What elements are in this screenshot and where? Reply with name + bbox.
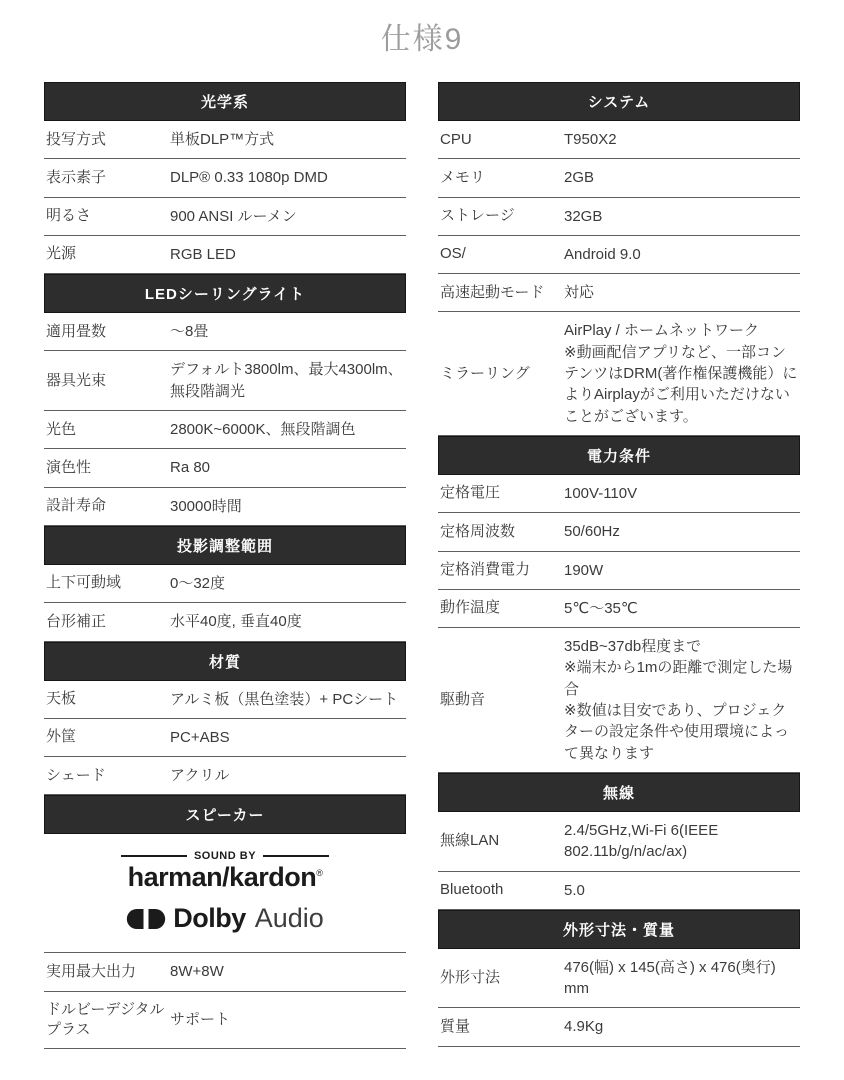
spec-row: 定格電圧100V-110V xyxy=(438,475,800,513)
hk-rule-right xyxy=(263,855,329,857)
spec-row: 器具光束デフォルト3800lm、最大4300lm、無段階調光 xyxy=(44,351,406,411)
spec-value: デフォルト3800lm、最大4300lm、無段階調光 xyxy=(170,359,404,402)
dolby-double-d-icon xyxy=(126,907,166,931)
spec-label: 定格電圧 xyxy=(440,483,564,503)
section-header: LEDシーリングライト xyxy=(44,274,406,313)
spec-label: ストレージ xyxy=(440,206,564,226)
spec-label: 上下可動域 xyxy=(46,573,170,593)
spec-label: 投写方式 xyxy=(46,130,170,150)
spec-row: 明るさ900 ANSI ルーメン xyxy=(44,198,406,236)
spec-row: 天板アルミ板（黒色塗装）+ PCシート xyxy=(44,681,406,719)
section-header: 材質 xyxy=(44,642,406,681)
spec-value: 対応 xyxy=(564,282,798,303)
spec-value: 2.4/5GHz,Wi-Fi 6(IEEE 802.11b/g/n/ac/ax) xyxy=(564,820,798,863)
spec-label: 適用畳数 xyxy=(46,322,170,342)
spec-value: サポート xyxy=(170,1009,404,1030)
spec-value: Android 9.0 xyxy=(564,244,798,265)
sound-by-row: SOUND BY xyxy=(121,850,329,862)
spec-label: 外筐 xyxy=(46,727,170,747)
left-spec-table: 光学系投写方式単板DLP™方式表示素子DLP® 0.33 1080p DMD明る… xyxy=(44,82,406,1049)
spec-value: アクリル xyxy=(170,765,404,786)
spec-row: 質量4.9Kg xyxy=(438,1008,800,1046)
spec-value: アルミ板（黒色塗装）+ PCシート xyxy=(170,689,404,710)
section-header: 光学系 xyxy=(44,82,406,121)
harman-kardon-logo: harman/kardon® xyxy=(128,864,323,891)
spec-value: DLP® 0.33 1080p DMD xyxy=(170,167,404,188)
spec-value: 35dB~37db程度まで ※端末から1mの距離で測定した場合 ※数値は目安であ… xyxy=(564,636,798,764)
spec-label: 明るさ xyxy=(46,206,170,226)
spec-value: 32GB xyxy=(564,206,798,227)
spec-value: 50/60Hz xyxy=(564,521,798,542)
spec-row: 投写方式単板DLP™方式 xyxy=(44,121,406,159)
spec-value: 5℃～35℃ xyxy=(564,598,798,619)
spec-label: 設計寿命 xyxy=(46,496,170,516)
spec-value: 単板DLP™方式 xyxy=(170,129,404,150)
sound-by-label: SOUND BY xyxy=(194,850,256,862)
spec-label: 質量 xyxy=(440,1017,564,1037)
spec-label: Bluetooth xyxy=(440,880,564,900)
spec-value: 5.0 xyxy=(564,880,798,901)
spec-value: AirPlay / ホームネットワーク ※動画配信アプリなど、一部コンテンツはD… xyxy=(564,320,798,426)
spec-row: 表示素子DLP® 0.33 1080p DMD xyxy=(44,159,406,197)
spec-value: 100V-110V xyxy=(564,483,798,504)
spec-value: 2800K~6000K、無段階調色 xyxy=(170,419,404,440)
spec-value: PC+ABS xyxy=(170,727,404,748)
spec-value: RGB LED xyxy=(170,244,404,265)
spec-value: 30000時間 xyxy=(170,496,404,517)
page-title: 仕様9 xyxy=(0,14,844,58)
dolby-wordmark: Dolby xyxy=(173,903,246,934)
spec-row: OS/Android 9.0 xyxy=(438,236,800,274)
hk-rule-left xyxy=(121,855,187,857)
spec-label: ドルビーデジタルプラス xyxy=(46,1000,170,1041)
spec-label: 駆動音 xyxy=(440,690,564,710)
spec-label: シェード xyxy=(46,766,170,786)
spec-label: メモリ xyxy=(440,168,564,188)
section-header: 外形寸法・質量 xyxy=(438,910,800,949)
spec-value: 476(幅) x 145(高さ) x 476(奥行) mm xyxy=(564,957,798,1000)
spec-value: ～8畳 xyxy=(170,321,404,342)
spec-label: 外形寸法 xyxy=(440,968,564,988)
spec-row: 外形寸法476(幅) x 145(高さ) x 476(奥行) mm xyxy=(438,949,800,1009)
dolby-audio-wordmark: Audio xyxy=(255,903,324,934)
spec-value: 900 ANSI ルーメン xyxy=(170,206,404,227)
spec-row: 設計寿命30000時間 xyxy=(44,488,406,526)
spec-value: 2GB xyxy=(564,167,798,188)
spec-label: CPU xyxy=(440,130,564,150)
spec-label: ミラーリング xyxy=(440,364,564,384)
spec-row: 台形補正水平40度, 垂直40度 xyxy=(44,603,406,641)
spec-label: 高速起動モード xyxy=(440,283,564,303)
spec-row: 光源RGB LED xyxy=(44,236,406,274)
spec-row: 演色性Ra 80 xyxy=(44,449,406,487)
spec-row: 上下可動域0～32度 xyxy=(44,565,406,603)
spec-value: Ra 80 xyxy=(170,457,404,478)
spec-label: 光色 xyxy=(46,420,170,440)
section-header: 無線 xyxy=(438,773,800,812)
spec-row: 動作温度5℃～35℃ xyxy=(438,590,800,628)
spec-row: Bluetooth5.0 xyxy=(438,872,800,910)
spec-value: 190W xyxy=(564,560,798,581)
spec-row: メモリ2GB xyxy=(438,159,800,197)
speaker-logos: SOUND BYharman/kardon®DolbyAudio xyxy=(44,834,406,953)
spec-columns: 光学系投写方式単板DLP™方式表示素子DLP® 0.33 1080p DMD明る… xyxy=(0,82,844,1049)
section-header: 投影調整範囲 xyxy=(44,526,406,565)
section-header: システム xyxy=(438,82,800,121)
spec-label: 動作温度 xyxy=(440,598,564,618)
spec-row: 定格周波数50/60Hz xyxy=(438,513,800,551)
spec-value: 水平40度, 垂直40度 xyxy=(170,611,404,632)
spec-row: 定格消費電力190W xyxy=(438,552,800,590)
spec-row: 高速起動モード対応 xyxy=(438,274,800,312)
spec-row: ドルビーデジタルプラスサポート xyxy=(44,992,406,1050)
harman-kardon-wordmark: harman/kardon xyxy=(128,862,317,892)
spec-value: 4.9Kg xyxy=(564,1016,798,1037)
spec-value: 0～32度 xyxy=(170,573,404,594)
spec-value: 8W+8W xyxy=(170,961,404,982)
spec-label: 光源 xyxy=(46,244,170,264)
section-header: スピーカー xyxy=(44,795,406,834)
spec-label: 定格消費電力 xyxy=(440,560,564,580)
spec-row: 光色2800K~6000K、無段階調色 xyxy=(44,411,406,449)
spec-label: 台形補正 xyxy=(46,612,170,632)
spec-row: 無線LAN2.4/5GHz,Wi-Fi 6(IEEE 802.11b/g/n/a… xyxy=(438,812,800,872)
spec-page: 仕様9 光学系投写方式単板DLP™方式表示素子DLP® 0.33 1080p D… xyxy=(0,0,844,1080)
spec-row: シェードアクリル xyxy=(44,757,406,795)
spec-row: 外筐PC+ABS xyxy=(44,719,406,757)
spec-row: 駆動音35dB~37db程度まで ※端末から1mの距離で測定した場合 ※数値は目… xyxy=(438,628,800,773)
spec-row: 実用最大出力8W+8W xyxy=(44,953,406,991)
spec-label: OS/ xyxy=(440,244,564,264)
spec-row: ミラーリングAirPlay / ホームネットワーク ※動画配信アプリなど、一部コ… xyxy=(438,312,800,435)
harman-kardon-trademark: ® xyxy=(316,868,322,878)
spec-label: 天板 xyxy=(46,689,170,709)
spec-label: 定格周波数 xyxy=(440,522,564,542)
spec-label: 演色性 xyxy=(46,458,170,478)
spec-value: T950X2 xyxy=(564,129,798,150)
section-header: 電力条件 xyxy=(438,436,800,475)
spec-label: 表示素子 xyxy=(46,168,170,188)
spec-row: ストレージ32GB xyxy=(438,198,800,236)
spec-label: 実用最大出力 xyxy=(46,962,170,982)
dolby-audio-logo: DolbyAudio xyxy=(126,903,324,934)
right-spec-table: システムCPUT950X2メモリ2GBストレージ32GBOS/Android 9… xyxy=(438,82,800,1047)
spec-row: 適用畳数～8畳 xyxy=(44,313,406,351)
spec-row: CPUT950X2 xyxy=(438,121,800,159)
spec-label: 無線LAN xyxy=(440,831,564,851)
spec-label: 器具光束 xyxy=(46,371,170,391)
